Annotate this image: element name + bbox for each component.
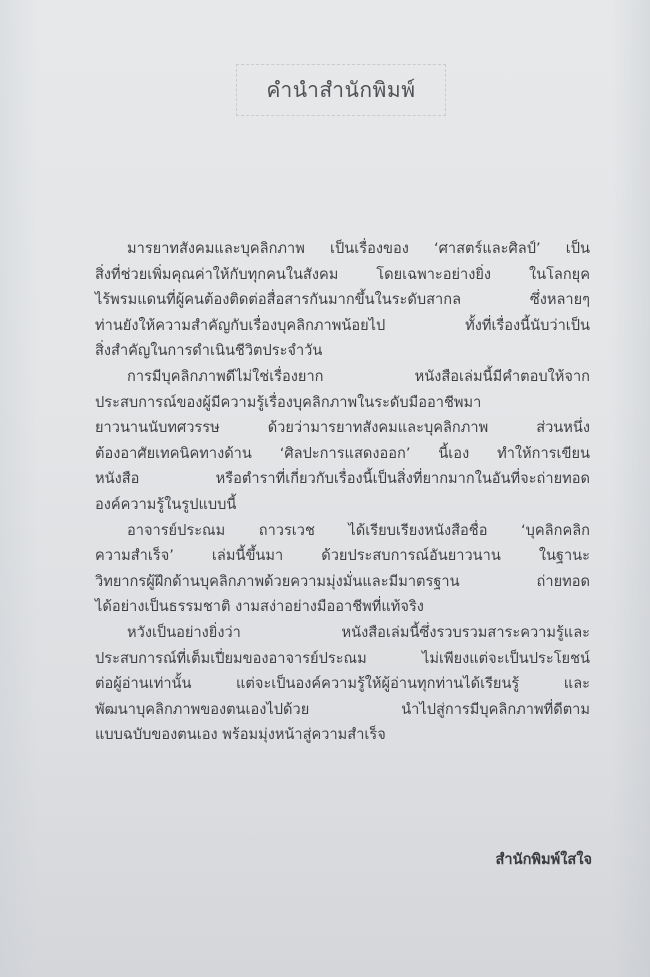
text-line: อาจารย์ประณม ถาวรเวช ได้เรียบเรียงหนังสื… (95, 518, 590, 544)
foreword-body: มารยาทสังคมและบุคลิกภาพ เป็นเรื่องของ ‘ศ… (95, 236, 590, 748)
text-line: แบบฉบับของตนเอง พร้อมมุ่งหน้าสู่ความสำเร… (95, 722, 590, 748)
publisher-signature: สำนักพิมพ์ใสใจ (496, 848, 592, 871)
text-line: ได้อย่างเป็นธรรมชาติ งามสง่าอย่างมืออาชี… (95, 594, 590, 620)
paragraph-2: การมีบุคลิกภาพดีไม่ใช่เรื่องยาก หนังสือเ… (95, 364, 590, 518)
text-line: ท่านยังให้ความสำคัญกับเรื่องบุคลิกภาพน้อ… (95, 313, 590, 339)
text-line: หนังสือ หรือตำราที่เกี่ยวกับเรื่องนี้เป็… (95, 466, 590, 492)
text-line: สิ่งที่ช่วยเพิ่มคุณค่าให้กับทุกคนในสังคม… (95, 262, 590, 288)
book-page: คำนำสำนักพิมพ์ มารยาทสังคมและบุคลิกภาพ เ… (0, 0, 650, 977)
paragraph-1: มารยาทสังคมและบุคลิกภาพ เป็นเรื่องของ ‘ศ… (95, 236, 590, 364)
text-line: สิ่งสำคัญในการดำเนินชีวิตประจำวัน (95, 338, 590, 364)
text-line: องค์ความรู้ในรูปแบบนี้ (95, 492, 590, 518)
title-frame: คำนำสำนักพิมพ์ (236, 64, 446, 116)
text-line: ยาวนานนับทศวรรษ ด้วยว่ามารยาทสังคมและบุค… (95, 415, 590, 441)
text-line: ประสบการณ์ของผู้มีความรู้เรื่องบุคลิกภาพ… (95, 390, 590, 416)
text-line: พัฒนาบุคลิกภาพของตนเองไปด้วย นำไปสู่การม… (95, 697, 590, 723)
paragraph-4: หวังเป็นอย่างยิ่งว่า หนังสือเล่มนี้ซึ่งร… (95, 620, 590, 748)
page-title: คำนำสำนักพิมพ์ (266, 74, 415, 107)
text-line: หวังเป็นอย่างยิ่งว่า หนังสือเล่มนี้ซึ่งร… (95, 620, 590, 646)
text-line: มารยาทสังคมและบุคลิกภาพ เป็นเรื่องของ ‘ศ… (95, 236, 590, 262)
text-line: ไร้พรมแดนที่ผู้คนต้องติดต่อสื่อสารกันมาก… (95, 287, 590, 313)
text-line: ประสบการณ์ที่เต็มเปี่ยมของอาจารย์ประณม ไ… (95, 646, 590, 672)
text-line: การมีบุคลิกภาพดีไม่ใช่เรื่องยาก หนังสือเ… (95, 364, 590, 390)
text-line: ต้องอาศัยเทคนิคทางด้าน ‘ศิลปะการแสดงออก’… (95, 441, 590, 467)
text-line: ต่อผู้อ่านเท่านั้น แต่จะเป็นองค์ความรู้ใ… (95, 671, 590, 697)
text-line: ความสำเร็จ’ เล่มนี้ขึ้นมา ด้วยประสบการณ์… (95, 543, 590, 569)
paragraph-3: อาจารย์ประณม ถาวรเวช ได้เรียบเรียงหนังสื… (95, 518, 590, 620)
text-line: วิทยากรผู้ฝึกด้านบุคลิกภาพด้วยความมุ่งมั… (95, 569, 590, 595)
